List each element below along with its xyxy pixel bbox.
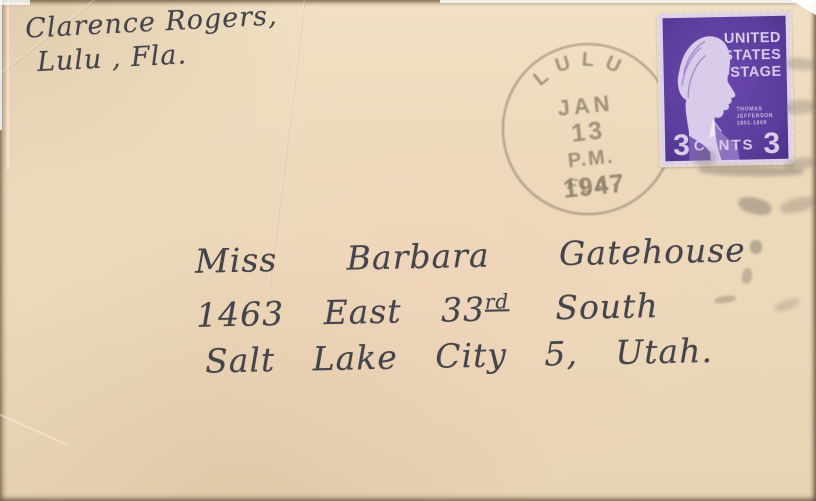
postmark-month: JAN <box>556 90 614 121</box>
cancellation-smudge <box>773 296 801 314</box>
stamp-country-line1: UNITED <box>724 30 781 47</box>
stamp-subject-line2: JEFFERSON <box>737 113 774 120</box>
cancellation-smudge <box>779 194 816 216</box>
street-number: 1463 East 33 <box>196 290 486 335</box>
crease-line <box>0 412 69 446</box>
envelope: Clarence Rogers, Lulu , Fla. LULU JAN 13… <box>0 0 816 501</box>
postmark-day: 13 <box>570 116 607 147</box>
street-direction: South <box>555 286 659 327</box>
stamp-denomination-right: 3 <box>763 127 780 160</box>
scan-edge <box>440 0 816 3</box>
cancellation-smudge <box>750 240 762 254</box>
recipient-address: Miss Barbara Gatehouse 1463 East 33rdSou… <box>195 227 749 385</box>
postage-stamp: UNITED STATES POSTAGE THOMAS JEFFERSON 1… <box>656 10 794 168</box>
scan-edge <box>0 0 30 5</box>
stamp-denomination-left: 3 <box>673 129 690 162</box>
stamp-country-line3: POSTAGE <box>708 64 782 82</box>
stamp-denomination-word: CENTS <box>694 136 755 154</box>
cancellation-smudge <box>698 165 804 177</box>
street-ordinal: rd <box>485 289 510 314</box>
stamp-subject-line1: THOMAS <box>736 106 762 113</box>
crease-line <box>7 0 9 170</box>
scan-edge <box>0 0 2 130</box>
scan-edge <box>790 0 816 15</box>
cancellation-smudge <box>737 194 774 218</box>
stamp-subject-years: 1801-1809 <box>737 120 767 127</box>
return-address: Clarence Rogers, Lulu , Fla. <box>24 0 280 81</box>
stamp-country-line2: STATES <box>723 47 781 64</box>
